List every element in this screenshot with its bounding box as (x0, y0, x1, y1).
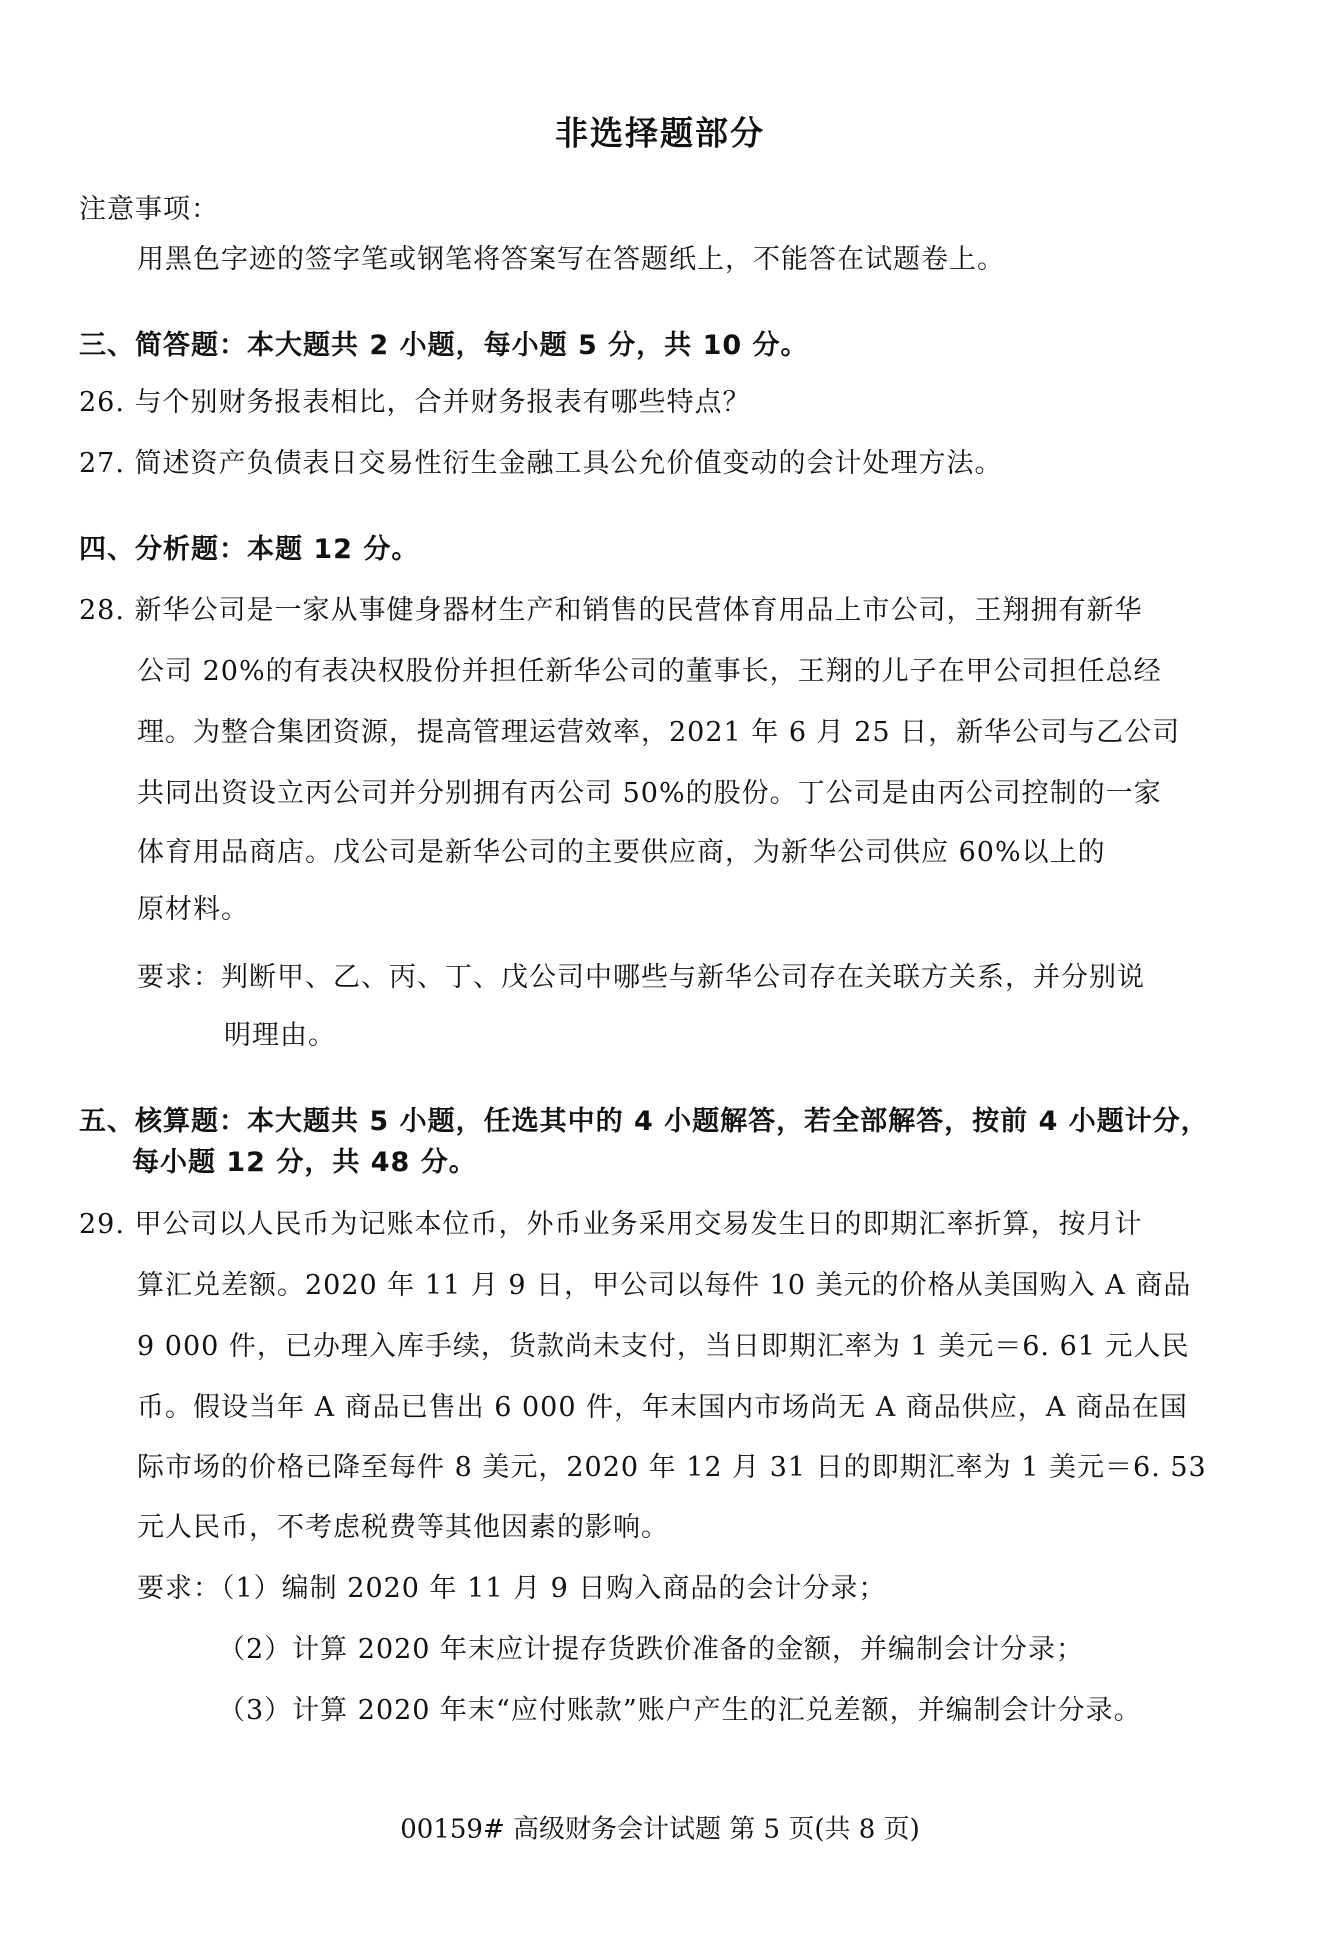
question-28-line: 原材料。 (137, 893, 249, 927)
question-29-line: 元人民币，不考虑税费等其他因素的影响。 (137, 1511, 669, 1545)
section5-heading-cont: 每小题 12 分，共 48 分。 (132, 1146, 477, 1180)
section3-heading: 三、简答题：本大题共 2 小题，每小题 5 分，共 10 分。 (79, 329, 809, 363)
question-26: 26. 与个别财务报表相比，合并财务报表有哪些特点？ (79, 386, 751, 420)
page-footer: 00159# 高级财务会计试题 第 5 页(共 8 页) (0, 1809, 1320, 1846)
question-28-requirement-cont: 明理由。 (224, 1019, 336, 1053)
section4-heading: 四、分析题：本题 12 分。 (79, 533, 419, 567)
question-28-line: 理。为整合集团资源，提高管理运营效率，2021 年 6 月 25 日，新华公司与… (137, 716, 1180, 750)
question-29-requirement-2: （2）计算 2020 年末应计提存货跌价准备的金额，并编制会计分录； (218, 1633, 1084, 1667)
question-29-line: 9 000 件，已办理入库手续，货款尚未支付，当日即期汇率为 1 美元＝6. 6… (137, 1330, 1190, 1364)
question-28-line: 体育用品商店。戊公司是新华公司的主要供应商，为新华公司供应 60%以上的 (137, 836, 1106, 870)
question-29-requirement-3: （3）计算 2020 年末“应付账款”账户产生的汇兑差额，并编制会计分录。 (218, 1694, 1142, 1728)
question-29-line: 算汇兑差额。2020 年 11 月 9 日，甲公司以每件 10 美元的价格从美国… (137, 1269, 1191, 1303)
question-29-line: 币。假设当年 A 商品已售出 6 000 件，年末国内市场尚无 A 商品供应，A… (137, 1391, 1188, 1425)
page-title: 非选择题部分 (0, 108, 1320, 155)
question-29-requirement-1: 要求：（1）编制 2020 年 11 月 9 日购入商品的会计分录； (137, 1572, 886, 1606)
question-28-line: 28. 新华公司是一家从事健身器材生产和销售的民营体育用品上市公司，王翔拥有新华 (79, 594, 1143, 628)
question-27: 27. 简述资产负债表日交易性衍生金融工具公允价值变动的会计处理方法。 (79, 447, 1003, 481)
notice-heading: 注意事项： (79, 193, 219, 227)
question-28-line: 公司 20%的有表决权股份并担任新华公司的董事长，王翔的儿子在甲公司担任总经 (137, 655, 1162, 689)
section5-heading: 五、核算题：本大题共 5 小题，任选其中的 4 小题解答，若全部解答，按前 4 … (79, 1105, 1209, 1139)
question-29-line: 29. 甲公司以人民币为记账本位币，外币业务采用交易发生日的即期汇率折算，按月计 (79, 1208, 1143, 1242)
question-29-line: 际市场的价格已降至每件 8 美元，2020 年 12 月 31 日的即期汇率为 … (137, 1451, 1207, 1485)
question-28-requirement: 要求：判断甲、乙、丙、丁、戊公司中哪些与新华公司存在关联方关系，并分别说 (137, 961, 1145, 995)
notice-text: 用黑色字迹的签字笔或钢笔将答案写在答题纸上，不能答在试题卷上。 (137, 243, 1005, 277)
question-28-line: 共同出资设立丙公司并分别拥有丙公司 50%的股份。丁公司是由丙公司控制的一家 (137, 777, 1162, 811)
